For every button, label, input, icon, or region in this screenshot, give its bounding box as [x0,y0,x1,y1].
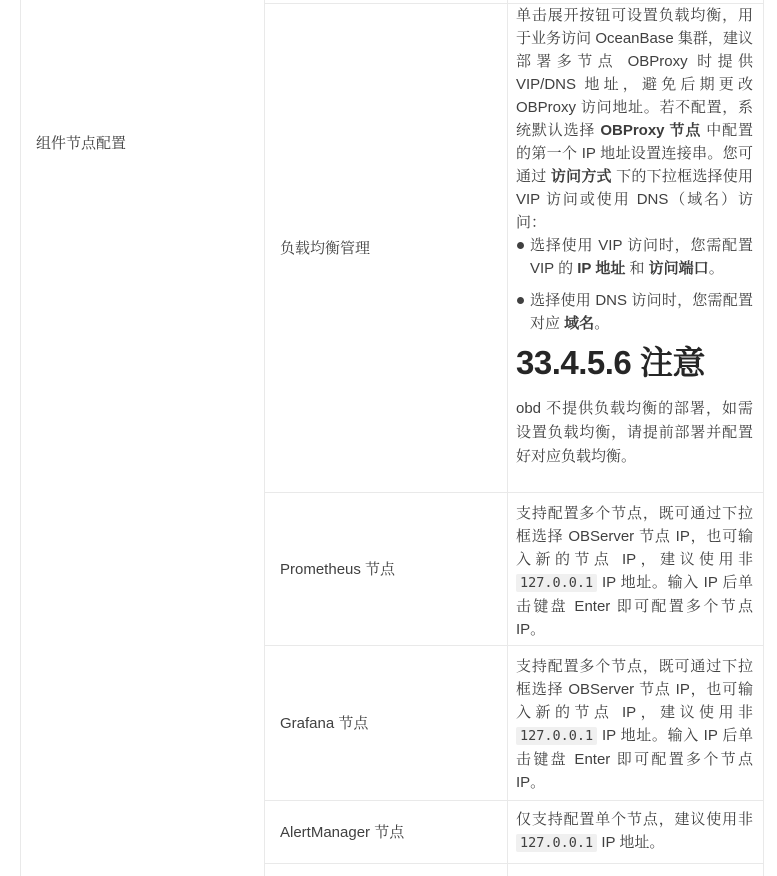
access-mode-bullet-list: 选择使用 VIP 访问时，您需配置 VIP 的 IP 地址 和 访问端口。 选择… [516,234,753,335]
note-body: obd 不提供负载均衡的部署，如需设置负载均衡，请提前部署并配置好对应负载均衡。 [516,397,753,469]
prometheus-paragraph: 支持配置多个节点，既可通过下拉框选择 OBServer 节点 IP，也可输入新的… [516,502,753,641]
cell-desc-load-balancer: 单击展开按钮可设置负载均衡，用于业务访问 OceanBase 集群，建议部署多节… [508,4,763,491]
inline-code-ip: 127.0.0.1 [516,574,597,592]
table-border-right [763,0,764,876]
table-border-row4-bottom [264,863,764,864]
row-label-text: AlertManager 节点 [280,821,404,844]
bullet-item-vip: 选择使用 VIP 访问时，您需配置 VIP 的 IP 地址 和 访问端口。 [516,234,753,280]
row-label-grafana: Grafana 节点 [265,646,507,800]
grafana-paragraph: 支持配置多个节点，既可通过下拉框选择 OBServer 节点 IP，也可输入新的… [516,655,753,794]
inline-code-ip: 127.0.0.1 [516,727,597,745]
documentation-table: 组件节点配置 负载均衡管理 Prometheus 节点 Grafana 节点 A… [0,0,777,876]
inline-code-ip: 127.0.0.1 [516,834,597,852]
row-label-prometheus: Prometheus 节点 [265,493,507,645]
cell-desc-alertmanager: 仅支持配置单个节点，建议使用非 127.0.0.1 IP 地址。 [508,808,763,862]
alertmanager-paragraph: 仅支持配置单个节点，建议使用非 127.0.0.1 IP 地址。 [516,808,753,855]
bullet-item-dns: 选择使用 DNS 访问时，您需配置对应 域名。 [516,289,753,335]
cell-desc-prometheus: 支持配置多个节点，既可通过下拉框选择 OBServer 节点 IP，也可输入新的… [508,502,763,644]
row-label-text: Prometheus 节点 [280,558,395,581]
row-label-load-balancer: 负载均衡管理 [265,4,507,492]
row-label-text: 负载均衡管理 [280,237,370,260]
row-group-label: 组件节点配置 [21,133,264,154]
load-balancer-paragraph: 单击展开按钮可设置负载均衡，用于业务访问 OceanBase 集群，建议部署多节… [516,4,753,234]
table-border-left [20,0,21,876]
cell-desc-grafana: 支持配置多个节点，既可通过下拉框选择 OBServer 节点 IP，也可输入新的… [508,655,763,799]
row-label-text: Grafana 节点 [280,712,368,735]
row-label-alertmanager: AlertManager 节点 [265,801,507,863]
note-heading: 33.4.5.6 注意 [516,344,753,382]
